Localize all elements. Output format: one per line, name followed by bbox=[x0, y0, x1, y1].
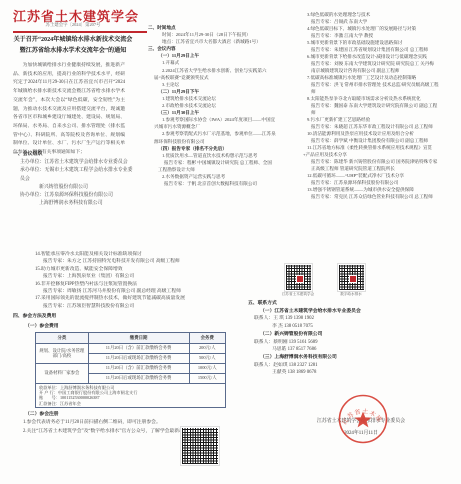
expert-topic: 3.绿色低碳的水处理理念与技术 bbox=[303, 11, 439, 18]
agenda-item: 2.参观考察装配式污水厂示范基地，参观单位——江苏泉源环保科技股份有限公司 bbox=[148, 130, 276, 144]
expert-speaker: 报告专家：刘俊 东南大学建筑设计研究院 研究院总工 关丹梅 南京城镇建筑设计咨询… bbox=[303, 60, 439, 74]
fee-table: 分类 缴费日期 会务费 规划、设计院/水务管理部门/高校 11月20日（含）前汇… bbox=[35, 332, 226, 408]
expert-topic: 10.清洁能源利用及热泵应用技术设计应用及组合分析 bbox=[303, 130, 439, 137]
payment-info-row: 收款单位：上海舒博润水务科技有限公司 开 户 行：中国工商银行股份有限公司上海市… bbox=[36, 384, 226, 408]
agenda-part2-heading: （二）11月29日下午 bbox=[148, 88, 276, 95]
contact-person: 李 杰 138 0518 7075 bbox=[248, 323, 460, 331]
co-organizer-unit: 协办单位：江苏泉源环保科技股份有限公司 bbox=[13, 192, 135, 200]
contact-person: 联系人：蔡明刚 139 5161 5689 bbox=[248, 339, 460, 347]
expert-speaker: 报告专家：李激 江南大学 教授 bbox=[303, 32, 439, 39]
expert-topic: 15.助力城市更新改造、赋能安全保障增效 bbox=[13, 266, 228, 273]
fee-amount: 1000元/人 bbox=[189, 364, 226, 374]
column-experts: 3.绿色低碳的水处理理念与技术 报告专家：吕锡武 东南大学 4.绿色低碳目标下、… bbox=[303, 11, 439, 200]
qr-logo-dot bbox=[349, 275, 357, 283]
agenda-item: 1.开幕式 bbox=[148, 59, 276, 66]
block-fees-registration: 14.智能承压零冷水太阳能及相关设计标准缺项探讨 报告专家：朱方之 江苏持圆特光… bbox=[13, 251, 228, 436]
letterhead-red-rule bbox=[13, 31, 147, 33]
expert-speaker: 报告专家：朱晓超 江苏东华市政工程设计有限公司 总工程师 bbox=[303, 123, 439, 130]
fee-date: 11月20日（含）前汇款缴纳会务费 bbox=[88, 344, 189, 354]
expert-topic: 9.污水厂更新扩建工艺思路经验 bbox=[303, 116, 439, 123]
expert-speaker: 报告专家：常克民 江苏众信绿色管业科技有限公司 总工程师 bbox=[303, 193, 439, 200]
qr-caption-society: 江苏省土木建筑学会 bbox=[278, 292, 318, 297]
agenda-part3-heading: （三）11月30日上午 bbox=[148, 109, 276, 116]
agenda-item: 2.市政给排水技术交流论坛 bbox=[148, 102, 276, 109]
expert-topic: 2.水务数据资产运营实践与思考 bbox=[148, 173, 276, 180]
expert-topic: 8.太阳能热泵争夺北方取暖市场需求分析及热水系统优化 bbox=[303, 95, 439, 102]
column-schedule-agenda: 二、时间地点 时间：2024年11月29-30日（28日下午报到） 地点：江苏省… bbox=[148, 24, 276, 187]
registration-subheading: （二）参会注册 bbox=[13, 411, 228, 418]
fee-amount: 1500元/人 bbox=[189, 374, 226, 384]
agenda-item: 3.主论坛 bbox=[148, 81, 276, 88]
expert-topic: 14.智能承压零冷水太阳能及相关设计标准缺项探讨 bbox=[13, 251, 228, 258]
expert-speaker: 报告专家：程彬 中国城镇设计研究院 总工程师、全国工程勘察设计大师 bbox=[148, 159, 276, 173]
expert-speaker: 报告专家：江苏领臣智慧科技股份有限公司 bbox=[13, 303, 228, 310]
fee-amount: 500元/人 bbox=[189, 354, 226, 364]
notice-title-line2: 暨江苏省给水排水学术交流年会”的通知 bbox=[13, 46, 133, 57]
contact-group-2-heading: （二）新兴铸管股份有限公司 bbox=[248, 331, 460, 339]
expert-topic: 16.非开挖修复FIPP热塑内衬法与注浆短管置换法 bbox=[13, 281, 228, 288]
expert-topic: 7.低碳高标准城镇污水处理厂工艺设计及动态控制策略 bbox=[303, 74, 439, 81]
contact-section: 五、联系方式 （一）江苏省土木建筑学会给水排水专业委员会 联系人：王 琪 139… bbox=[248, 300, 460, 377]
official-seal: 江苏省土木建筑学会 bbox=[337, 393, 389, 445]
memo-line: 汇款备注：江苏省年会 bbox=[39, 401, 222, 406]
fee-date: 11月20日后或现场汇款缴纳会务费 bbox=[88, 354, 189, 364]
qr-caption-digital-water: 数字给水排水 bbox=[331, 292, 371, 297]
section-organization: 一、会议组织 主办单位：江苏省土木建筑学会给排水专业委员会 承办单位：无锡市土木… bbox=[13, 151, 135, 208]
contact-group-1-heading: （一）江苏省土木建筑学会给水排水专业委员会 bbox=[248, 308, 460, 316]
fee-col-fee: 会务费 bbox=[189, 333, 226, 344]
fee-col-category: 分类 bbox=[36, 333, 89, 344]
expert-topic: 6.城市更新背景下给排水改造设计-减排设计与低碳理念实践 bbox=[303, 53, 439, 60]
section2-heading: 二、时间地点 bbox=[148, 24, 276, 31]
document-number: 苏土建会字〔2024〕第207号 bbox=[13, 22, 133, 28]
section1-heading: 一、会议组织 bbox=[13, 151, 135, 159]
agenda-item: 1.参观考察国际水协会（IWA）2024年度项目——中国宜兴城市污水资源概念厂 bbox=[148, 116, 276, 130]
fee-col-date: 缴费日期 bbox=[88, 333, 189, 344]
fee-date: 11月20日后或现场汇款缴纳会务费 bbox=[88, 374, 189, 384]
fees-subheading: （一）参会费用 bbox=[13, 323, 228, 330]
expert-topic: 1.优质饮用水—管道直饮水技术构想示范与思考 bbox=[148, 152, 276, 159]
expert-topic: 13.增强不锈钢管道系统——为城市供水安全提供保障 bbox=[303, 186, 439, 193]
qr-code-society-icon bbox=[285, 264, 312, 291]
expert-speaker: 报告专家：吕锡武 东南大学 bbox=[303, 18, 439, 25]
expert-speaker: 报告专家：洪飞 常州市排水管理处 技术总监/研究员级高级工程师 bbox=[303, 81, 439, 95]
fee-group-2: 设备材料厂家参会 bbox=[36, 364, 89, 384]
qr-logo-dot bbox=[296, 275, 304, 283]
fee-group-1: 规划、设计院/水务管理部门/高校 bbox=[36, 344, 89, 364]
expert-speaker: 报告专家：周敏扬 江苏河马井股份有限公司 副总经理 高级工程师 bbox=[13, 288, 228, 295]
expert-speaker: 报告专家：朱建国 江苏省规划设计集团有限公司 总工程师 bbox=[303, 46, 439, 53]
registration-qr-code bbox=[181, 427, 219, 465]
expert-topic: 12.低碳可循环——“UHP”装配式净水厂技术分享 bbox=[303, 172, 439, 179]
expert-speaker: 报告专家：上海凯泉泵业（集团）有限公司 bbox=[13, 273, 228, 280]
fee-date: 11月20日（含）前汇款缴纳会务费 bbox=[88, 364, 189, 374]
contact-person: 马思皓 137 8517 7686 bbox=[248, 346, 460, 354]
section5-heading: 五、联系方式 bbox=[248, 300, 460, 308]
expert-topic: 17.采用国际领先的混流搅拌制热水技术，做好建筑节能减碳高质量发展 bbox=[13, 295, 228, 302]
expert-topic: 5.城市更新背景下的市政基础设施建设思路探讨 bbox=[303, 39, 439, 46]
contact-person: 联系人：赵如琪 138 2327 1281 bbox=[248, 362, 460, 370]
intro-paragraph: 为加快城镇给排水行业健康持续发展，推进新产品、新技术的应用，提高行业的科学技术水… bbox=[13, 62, 125, 158]
notice-title: 关于召开“2024年城镇给水排水新技术交流会 暨江苏省给水排水学术交流年会”的通… bbox=[13, 35, 133, 57]
organizer-unit-2: 新兴铸管股份有限公司 bbox=[13, 184, 135, 192]
meeting-time: 时间：2024年11月29-30日（28日下午报到） bbox=[148, 31, 276, 38]
agenda-item: 1.建筑给排水技术交流论坛 bbox=[148, 95, 276, 102]
fee-amount: 200元/人 bbox=[189, 344, 226, 354]
expert-topic: 11.江苏省地方标准《柔性转换管排水系统应用技术规程》宣贯+产品应用及技术分享 bbox=[303, 144, 439, 158]
section4-heading: 四、参会方法及费用 bbox=[13, 313, 228, 320]
contact-person: 联系人：王 琪 139 1398 1902 bbox=[248, 315, 460, 323]
expert-speaker: 报告专家：于帆 北京首创大数据科技有限公司 bbox=[148, 180, 276, 187]
co-organizer-unit-2: 上海舒博润水务科技有限公司 bbox=[13, 200, 135, 208]
qr-code-digital-water-icon bbox=[338, 264, 365, 291]
notice-title-line1: 关于召开“2024年城镇给水排水新技术交流会 bbox=[13, 35, 133, 46]
agenda-part1-heading: （一）11月29日上午 bbox=[148, 52, 276, 59]
expert-speaker: 报告专家：江苏泉源环保科技股份有限公司 bbox=[303, 179, 439, 186]
expert-speaker: 报告专家：朱方之 江苏持圆特光电科技开发有限公司 高级工程师 bbox=[13, 258, 228, 265]
scanned-notice-document: 江苏省土木建筑学会 苏土建会字〔2024〕第207号 关于召开“2024年城镇给… bbox=[0, 0, 461, 484]
organizer-unit: 承办单位：无锡市土木建筑工程学会给水排水专业委员会 bbox=[13, 167, 135, 183]
expert-speaker: 报告专家：陈建华 新兴铸管股份有限公司 国务院津贴特殊专家 正高级工程师 管道研… bbox=[303, 158, 439, 172]
expert-speaker: 报告专家：魏国泰 东南大学建筑设计研究院有限公司 副总工程师 bbox=[303, 102, 439, 116]
contact-person: 王献英 138 1869 0678 bbox=[248, 369, 460, 377]
expert-topic: 4.绿色低碳目标下、城镇污水处理厂的发展路径与对策 bbox=[303, 25, 439, 32]
agenda-part4-heading: （四）报告专家（排名不分先后） bbox=[148, 145, 276, 152]
section3-heading: 三、会议内容 bbox=[148, 45, 276, 52]
registration-step-1: 1.参会代表请务必于11月20日前扫描右侧二维码，即可注册参会。 bbox=[13, 419, 183, 426]
fee-table-header-row: 分类 缴费日期 会务费 bbox=[36, 333, 226, 344]
meeting-place: 地点：江苏省宜兴市大名都大酒店（新城路1号） bbox=[148, 38, 276, 45]
expert-speaker: 报告专家：薛学斌 中衡设计集团股份有限公司 副总工程师 bbox=[303, 137, 439, 144]
agenda-item: 2.2024江苏省大学生给水排水创新、创业与实践第六届“高校联赛”竞赛颁奖仪式 bbox=[148, 67, 276, 81]
contact-group-3-heading: （三）上海舒博润水务科技有限公司 bbox=[248, 354, 460, 362]
host-unit: 主办单位：江苏省土木建筑学会给排水专业委员会 bbox=[13, 159, 135, 167]
fee-table-row: 规划、设计院/水务管理部门/高校 11月20日（含）前汇款缴纳会务费 200元/… bbox=[36, 344, 226, 354]
fee-table-row: 设备材料厂家参会 11月20日（含）前汇款缴纳会务费 1000元/人 bbox=[36, 364, 226, 374]
